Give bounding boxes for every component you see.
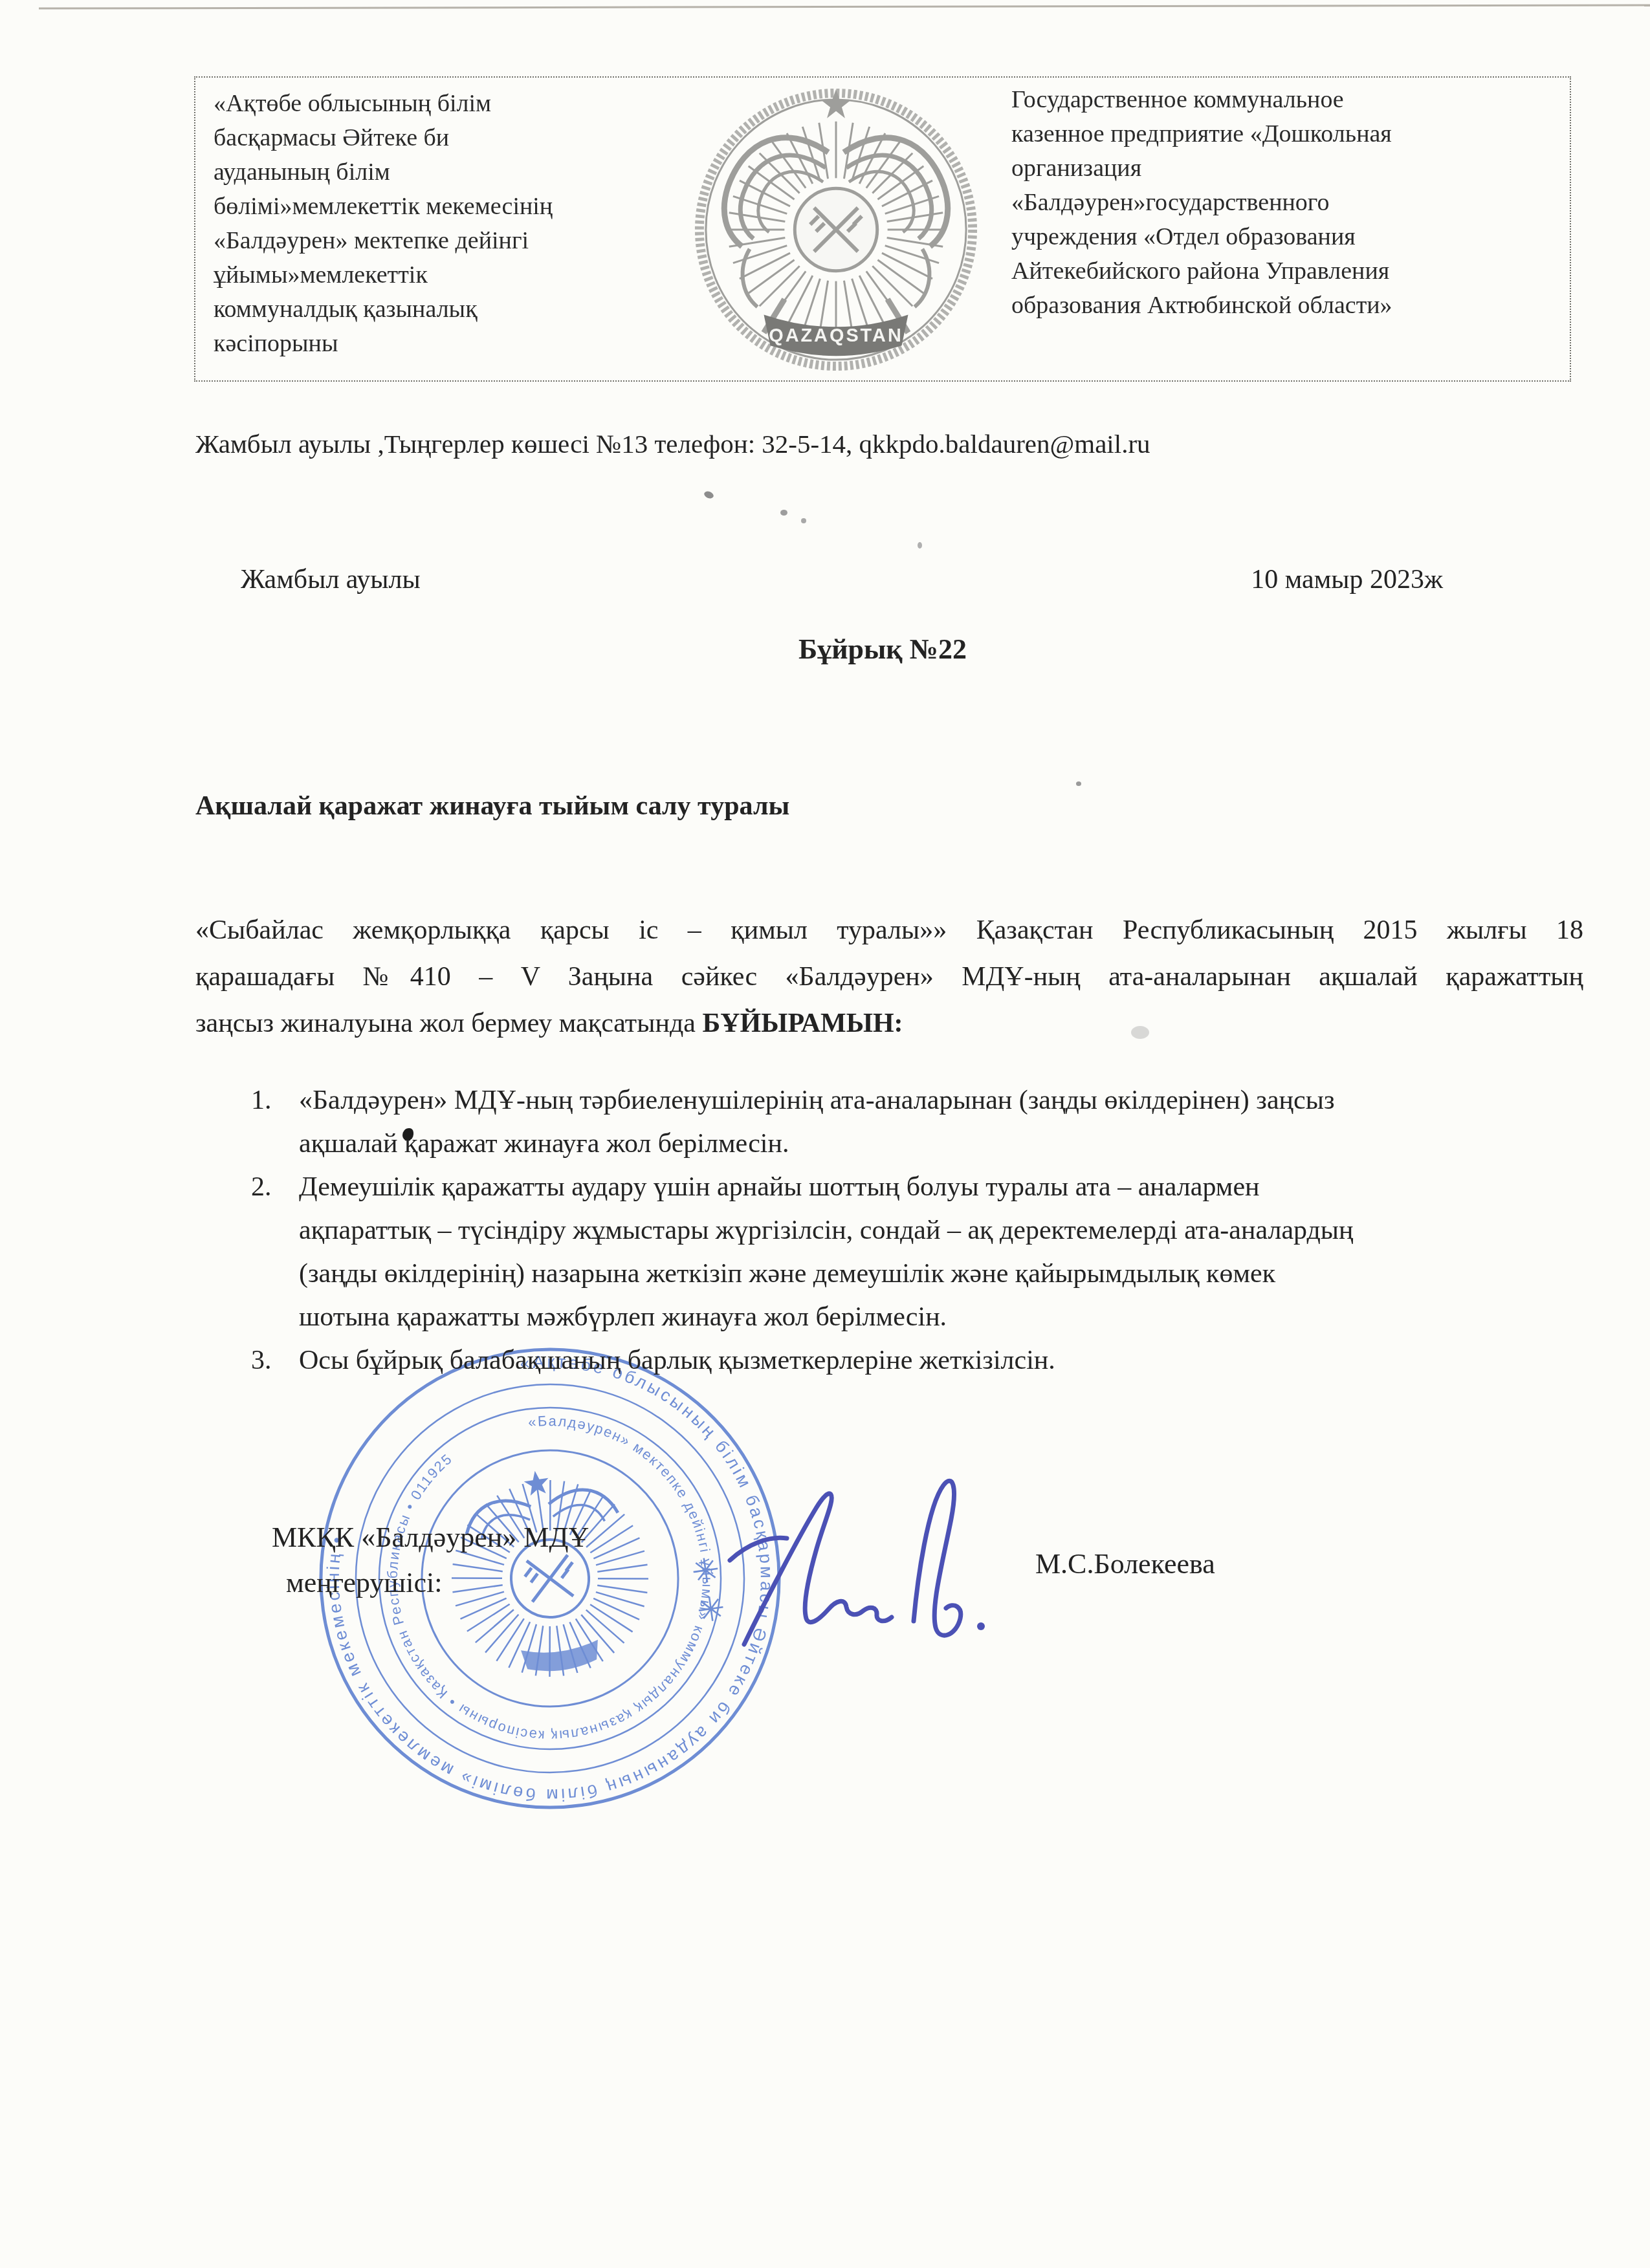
scanned-order-document: «Ақтөбе облысының білім басқармасы Әйтек… (0, 0, 1650, 2268)
org-line: ұйымы»мемлекеттік (214, 258, 671, 292)
org-line: ауданының білім (214, 155, 671, 190)
org-name-russian: Государственное коммунальное казенное пр… (1001, 78, 1570, 380)
preamble-line: қарашадағы №410 – V Заңына сәйкес «Балдә… (195, 954, 1583, 1000)
item-line: шотына қаражатты мәжбүрлеп жинауға жол б… (299, 1296, 1616, 1339)
preamble-line: «Сыбайлас жемқорлыққа қарсы іс – қимыл т… (195, 907, 1583, 954)
item-line: ақпараттық – түсіндіру жұмыстары жүргізі… (299, 1209, 1616, 1252)
scan-speck (801, 518, 806, 523)
letterhead-box: «Ақтөбе облысының білім басқармасы Әйтек… (194, 76, 1571, 382)
stamp-star-icon (523, 1469, 551, 1496)
signer-name: М.С.Болекеева (1035, 1547, 1215, 1580)
item-line: Демеушілік қаражатты аудару үшін арнайы … (299, 1166, 1616, 1209)
signature-block: МКҚК «Балдәурен» МДҰ меңгерушісі: (272, 1515, 589, 1606)
item-line: (заңды өкілдерінің) назарына жеткізіп жә… (299, 1252, 1616, 1296)
org-line: «Ақтөбе облысының білім (214, 87, 671, 121)
scan-speck (1076, 781, 1081, 786)
org-line: казенное предприятие «Дошкольная (1011, 117, 1565, 151)
item-number: 1. (251, 1079, 299, 1166)
order-preamble: «Сыбайлас жемқорлыққа қарсы іс – қимыл т… (195, 907, 1583, 1047)
item-number: 3. (251, 1339, 299, 1382)
decree-item: 1. «Балдәурен» МДҰ-ның тәрбиеленушілерін… (251, 1079, 1616, 1166)
org-line: Айтекебийского района Управления (1011, 254, 1565, 289)
preamble-line: заңсыз жиналуына жол бермеу мақсатында Б… (195, 1000, 1583, 1047)
scan-speck (918, 542, 922, 549)
org-line: Государственное коммунальное (1011, 83, 1565, 117)
scan-speck (703, 490, 715, 500)
handwritten-signature (720, 1452, 1022, 1663)
org-line: организация (1011, 151, 1565, 186)
org-line: учреждения «Отдел образования (1011, 220, 1565, 254)
org-line: кәсіпорыны (214, 327, 671, 361)
org-line: басқармасы Әйтеке би (214, 121, 671, 155)
decree-item: 2. Демеушілік қаражатты аудару үшін арна… (251, 1166, 1616, 1339)
org-line: образования Актюбинской области» (1011, 289, 1565, 323)
decree-item: 3. Осы бұйрық балабақшаның барлық қызмет… (251, 1339, 1616, 1382)
signer-org: МКҚК «Балдәурен» МДҰ (272, 1515, 589, 1560)
decree-items: 1. «Балдәурен» МДҰ-ның тәрбиеленушілерін… (251, 1079, 1616, 1382)
org-line: «Балдәурен»государственного (1011, 186, 1565, 220)
dateline-place: Жамбыл ауылы (241, 564, 421, 595)
emblem-banner-text: QAZAQSTAN (769, 325, 903, 346)
item-line: ақшалай қаражат жинауға жол берілмесін. (299, 1122, 1616, 1166)
stamp-banner (521, 1640, 601, 1675)
org-name-kazakh: «Ақтөбе облысының білім басқармасы Әйтек… (195, 78, 671, 380)
order-title: Бұйрық №22 (194, 633, 1571, 666)
stamp-asterisk: ✳ (689, 1552, 722, 1593)
decree-word: БҰЙЫРАМЫН: (702, 1009, 903, 1038)
emblem-container: QAZAQSTAN (671, 78, 1001, 380)
scan-edge-line (39, 4, 1650, 9)
dateline-date: 10 мамыр 2023ж (1251, 564, 1443, 595)
item-line: Осы бұйрық балабақшаның барлық қызметкер… (299, 1339, 1616, 1382)
org-line: «Балдәурен» мектепке дейінгі (214, 224, 671, 258)
kazakhstan-state-emblem-icon: QAZAQSTAN (688, 80, 984, 376)
preamble-tail: заңсыз жиналуына жол бермеу мақсатында (195, 1009, 696, 1038)
scan-speck (780, 510, 787, 516)
item-line: «Балдәурен» МДҰ-ның тәрбиеленушілерінің … (299, 1079, 1616, 1122)
order-subject: Ақшалай қаражат жинауға тыйым салу турал… (195, 791, 789, 822)
item-number: 2. (251, 1166, 299, 1339)
signer-role: меңгерушісі: (272, 1560, 589, 1606)
org-line: коммуналдық қазыналық (214, 292, 671, 327)
org-line: бөлімі»мемлекеттік мекемесінің (214, 190, 671, 224)
address-contact-line: Жамбыл ауылы ,Тыңгерлер көшесі №13 телеф… (195, 428, 1150, 459)
dateline-row: Жамбыл ауылы 10 мамыр 2023ж (241, 564, 1443, 595)
